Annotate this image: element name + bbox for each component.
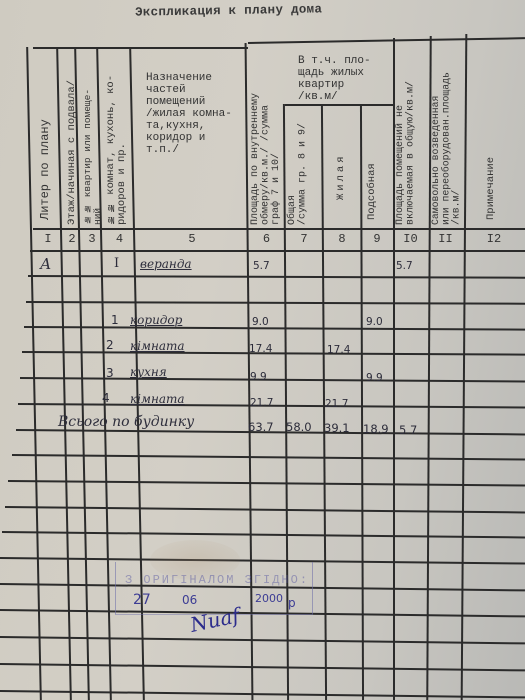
explication-sheet: Экспликация к плану дома Литер по плану … — [0, 0, 525, 700]
stamp-year: 2000 — [255, 592, 283, 605]
grid-line — [33, 228, 525, 230]
stamp-heading: З ОРИГІНАЛОМ ЗГІДНО: — [125, 573, 309, 587]
header-not-included: Площадь помещений не включаемая в общую/… — [396, 45, 417, 225]
cell-room: 3 — [106, 366, 114, 380]
header-living-group: В т.ч. пло- щадь жилых квартир /кв.м/ — [298, 55, 392, 103]
cell-purpose: кімната — [130, 392, 185, 406]
cell-living: 17.4 — [327, 344, 350, 356]
header-living: Жилая — [336, 140, 347, 200]
cell-auxiliary: 9.0 — [366, 316, 383, 328]
grid-line — [0, 690, 525, 698]
cell-purpose: кімната — [130, 339, 185, 353]
header-note: Примечание — [486, 130, 497, 220]
total-living-total: 58.0 — [286, 420, 312, 434]
grid-line — [0, 636, 525, 644]
cell-room: 1 — [111, 313, 119, 327]
header-purpose: Назначение частей помещений /жилая комна… — [146, 72, 246, 156]
grid-line — [22, 351, 525, 355]
header-total-living: Общая /сумма гр. 8 и 9/ — [288, 108, 309, 225]
total-not-included: 5.7 — [399, 423, 417, 437]
column-number: 8 — [323, 232, 361, 246]
stamp-year-suffix: р — [288, 596, 296, 610]
column-number: I — [33, 232, 63, 246]
column-number: II — [428, 232, 463, 246]
grid-line — [2, 531, 525, 538]
header-room: №№ комнат, кухонь, ко- ридоров и пр. — [106, 55, 128, 225]
header-liter: Литер по плану — [40, 110, 51, 220]
grid-line — [12, 454, 525, 460]
grid-line — [28, 275, 525, 278]
cell-not-included: 5.7 — [396, 260, 413, 272]
column-number: 7 — [285, 232, 323, 246]
cell-area-total: 9.9 — [250, 371, 267, 383]
document-title: Экспликация к плану дома — [135, 2, 322, 19]
cell-area-total: 5.7 — [253, 260, 270, 272]
cell-purpose: кухня — [130, 365, 167, 379]
cell-room: 2 — [106, 338, 114, 352]
column-number: I0 — [393, 232, 428, 246]
total-area: 63.7 — [248, 420, 274, 434]
column-number: 4 — [103, 232, 136, 246]
grid-line — [20, 377, 525, 382]
column-number: 3 — [81, 232, 103, 246]
total-living: 39.1 — [324, 421, 350, 435]
stamp-month: 06 — [182, 593, 197, 607]
cell-area-total: 21.7 — [250, 397, 273, 409]
grid-line — [0, 663, 525, 671]
cell-room: 4 — [102, 391, 110, 405]
cell-area-total: 9.0 — [252, 316, 269, 328]
cell-apartment: I — [114, 256, 119, 271]
header-apartment: №№ квартир или помеще- ний — [83, 55, 103, 225]
grid-line — [33, 47, 248, 49]
cell-living: 21.7 — [325, 398, 348, 410]
grid-line — [30, 250, 525, 252]
grid-line — [248, 37, 525, 43]
cell-purpose: веранда — [140, 257, 192, 271]
total-auxiliary: 18.9 — [363, 422, 389, 436]
grid-line — [8, 480, 525, 486]
header-auxiliary: Подсобная — [367, 125, 378, 220]
header-floor: Этаж/начиная с подвала/ — [67, 55, 78, 225]
cell-purpose: коридор — [130, 313, 182, 327]
column-number: 5 — [136, 232, 248, 246]
total-label: Всього по будинку — [58, 414, 194, 430]
grid-line — [24, 326, 525, 330]
column-number: 9 — [361, 232, 393, 246]
column-number: I2 — [463, 232, 525, 246]
header-unauthorized: Самовольно возведенная или переоборудова… — [431, 35, 462, 225]
column-number: 2 — [63, 232, 81, 246]
cell-area-total: 17.4 — [249, 343, 272, 355]
grid-line — [285, 104, 393, 106]
stamp-day: 27 — [133, 592, 151, 608]
grid-line — [360, 104, 364, 700]
column-number: 6 — [248, 232, 285, 246]
cell-liter: А — [40, 255, 51, 273]
header-area-total: Площадь по внутреннему обмеру/кв.м./ /су… — [251, 60, 283, 225]
cell-auxiliary: 9.9 — [366, 372, 383, 384]
